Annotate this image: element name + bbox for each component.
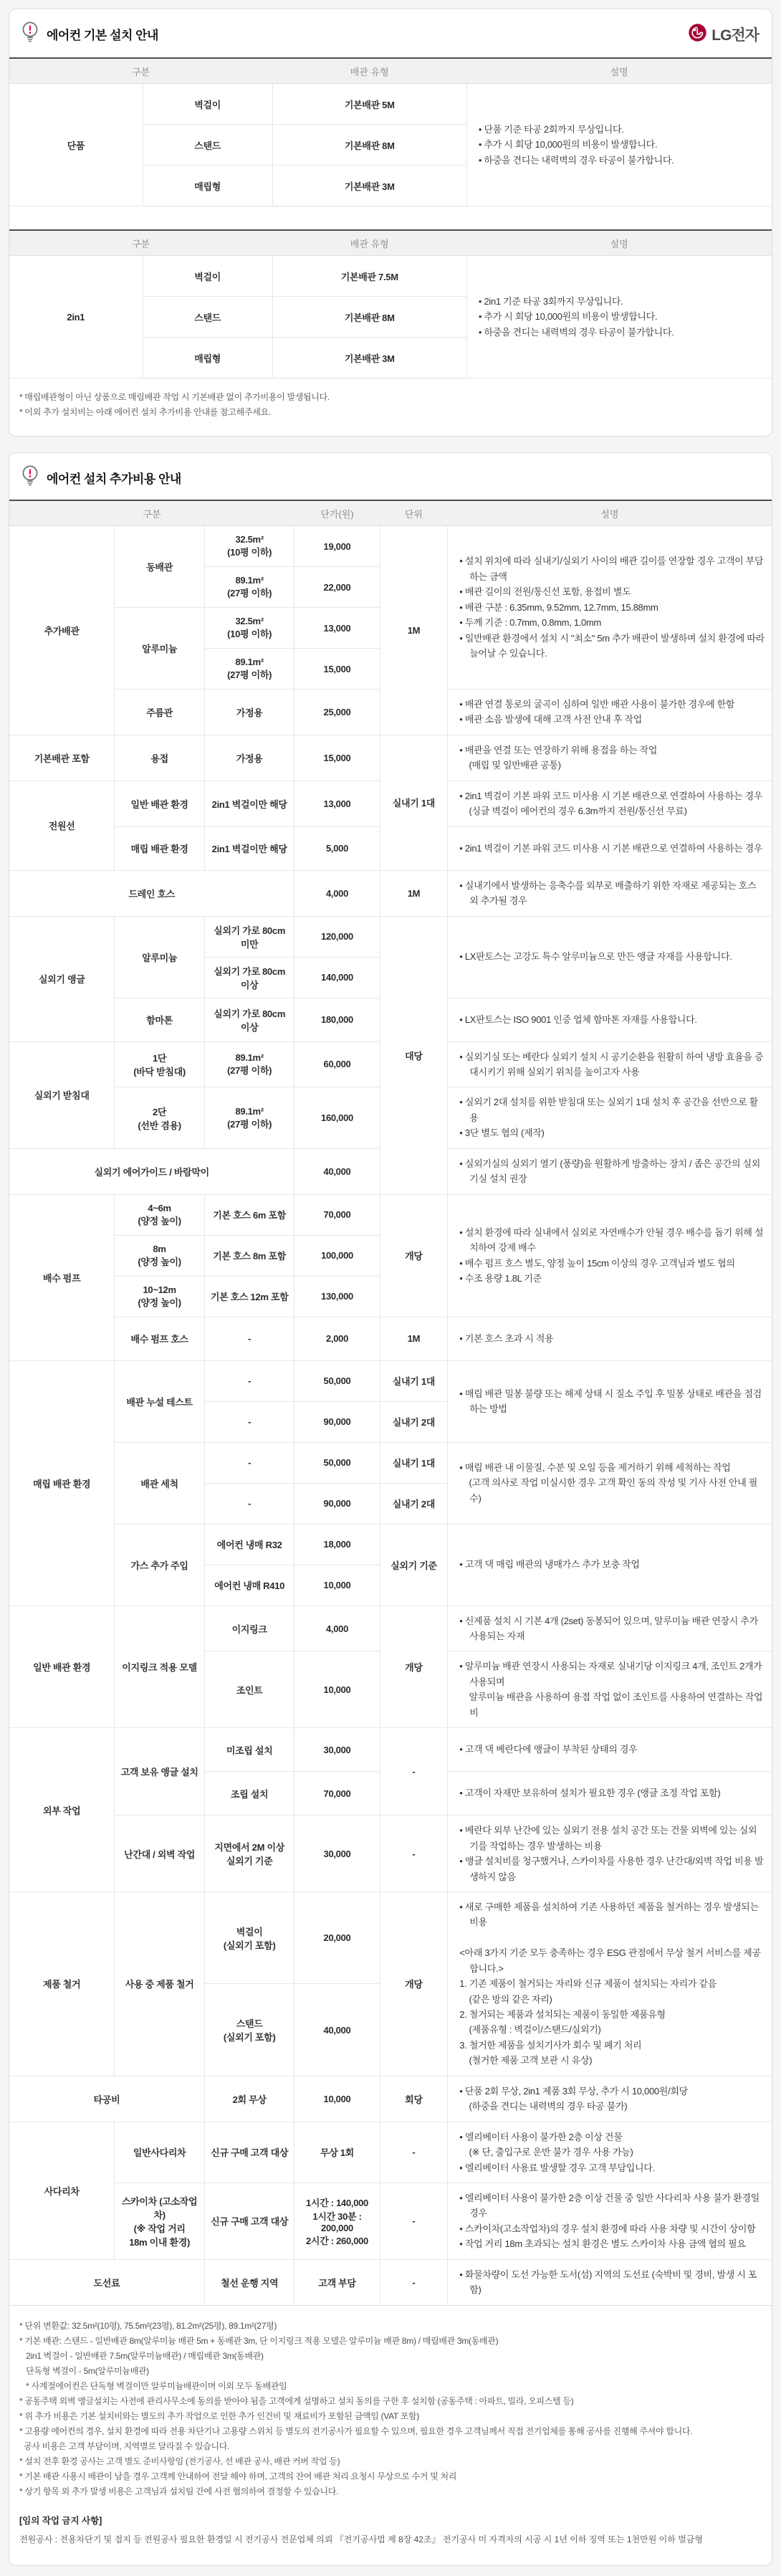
price-cell: 30,000: [294, 1728, 380, 1772]
price-cell: 4,000: [294, 870, 380, 916]
unit-cell: 실내기 1대: [380, 1442, 448, 1483]
label-cell: -: [204, 1360, 294, 1401]
footnote-line: 단독형 벽걸이 - 5m(알루미늄배관): [19, 2364, 762, 2379]
column-header: 구분: [9, 500, 294, 526]
unit-cell: -: [380, 1728, 448, 1816]
price-cell: 140,000: [294, 957, 380, 998]
description-cell: • 실외기실 또는 베란다 실외기 설치 시 공기순환을 원활히 하여 냉방 효…: [448, 1041, 772, 1087]
label-cell: 매립 배관 환경: [115, 826, 205, 870]
label-cell: 일반사다리차: [115, 2122, 205, 2183]
table-row: 2in1벽걸이기본배관 7.5M• 2in1 기준 타공 3회까지 무상입니다.…: [9, 256, 772, 297]
unit-cell: 회당: [380, 2076, 448, 2122]
label-cell: 기본배관 8M: [272, 125, 466, 166]
description-cell: • 알루미늄 배관 연장시 사용되는 자재로 실내기당 이지링크 4개, 조인트…: [448, 1651, 772, 1728]
unit-cell: 실내기 2대: [380, 1483, 448, 1524]
label-cell: 가정용: [204, 735, 294, 781]
label-cell: 사용 중 제품 철거: [115, 1892, 205, 2076]
label-cell: 일반 배관 환경: [9, 1606, 115, 1728]
label-cell: 제품 철거: [9, 1892, 115, 2076]
description-cell: • 고객 댁 매립 배관의 냉매가스 추가 보충 작업: [448, 1524, 772, 1606]
label-cell: 미조립 설치: [204, 1728, 294, 1772]
price-cell: 10,000: [294, 1565, 380, 1606]
price-cell: 25,000: [294, 690, 380, 735]
table-row: 배수 펌프4~6m(양정 높이)기본 호스 6m 포함70,000개당• 설치 …: [9, 1194, 772, 1235]
description-cell: • 실외기실의 실외기 열기 (풍량)을 원활하게 방출하는 장치 / 좁은 공…: [448, 1148, 772, 1194]
footnote-line: * 설치 전후 환경 공사는 고객 별도 준비사항임 (전기공사, 선 배관 공…: [19, 2454, 762, 2469]
footnote-line: * 매립배관형이 아닌 상품으로 매립배관 작업 시 기본배관 없이 추가비용이…: [19, 390, 762, 405]
label-cell: 추가배관: [9, 526, 115, 735]
label-cell: 매립 배관 환경: [9, 1360, 115, 1606]
label-cell: 알루미늄: [115, 608, 205, 690]
description-cell: • LX판토스는 ISO 9001 인증 업체 함마톤 자재를 사용합니다.: [448, 998, 772, 1041]
price-cell: 130,000: [294, 1276, 380, 1317]
label-cell: 기본배관 8M: [272, 297, 466, 338]
label-cell: 스탠드: [143, 297, 272, 338]
price-cell: 1시간 : 140,0001시간 30분 : 200,0002시간 : 260,…: [294, 2183, 380, 2259]
footnote-line: * 기본 배관: 스탠드 - 일반배관 8m(알루미늄 배관 5m + 동배관 …: [19, 2334, 762, 2349]
label-cell: 일반 배관 환경: [115, 781, 205, 826]
table-row: 난간대 / 외벽 작업지면에서 2M 이상실외기 기준30,000-• 베란다 …: [9, 1816, 772, 1892]
description-cell: • 단품 기준 타공 2회까지 무상입니다.• 추가 시 회당 10,000원의…: [466, 84, 772, 206]
label-cell: 함마톤: [115, 998, 205, 1041]
footnote-line: * 고용량 에어컨의 경우, 설치 환경에 따라 전용 차단기나 고용량 스위치…: [19, 2424, 762, 2439]
price-cell: 15,000: [294, 735, 380, 781]
label-cell: 신규 구매 고객 대상: [204, 2122, 294, 2183]
table-row: 실외기 앵글알루미늄실외기 가로 80cm 미만120,000대당• LX판토스…: [9, 916, 772, 957]
price-cell: 90,000: [294, 1401, 380, 1442]
prohibition-title: [임의 작업 금지 사항]: [19, 2514, 762, 2527]
table-row: 배관 세척-50,000실내기 1대• 매립 배관 내 이물질, 수분 및 오일…: [9, 1442, 772, 1483]
table-row: 도선료철선 운행 지역고객 부담-• 화물차량이 도선 가능한 도서(섬) 지역…: [9, 2259, 772, 2305]
price-cell: 50,000: [294, 1442, 380, 1483]
label-cell: 2회 무상: [204, 2076, 294, 2122]
label-cell: 조립 설치: [204, 1772, 294, 1816]
price-cell: 고객 부담: [294, 2259, 380, 2305]
column-header: 구분: [9, 58, 272, 84]
description-cell: • 2in1 벽걸이 기본 파워 코드 미사용 시 기본 배관으로 연결하여 사…: [448, 781, 772, 826]
prohibition-block: [임의 작업 금지 사항] 전원공사 : 전용차단기 및 접지 등 전원공사 필…: [9, 2504, 772, 2565]
label-cell: 벽걸이: [143, 84, 272, 125]
column-header: 단위: [380, 500, 448, 526]
description-cell: • 화물차량이 도선 가능한 도서(섬) 지역의 도선료 (숙박비 및 경비, …: [448, 2259, 772, 2305]
table-row: 기본배관 포함용접가정용15,000실내기 1대• 배관을 연결 또는 연장하기…: [9, 735, 772, 781]
label-cell: 배수 펌프: [9, 1194, 115, 1360]
price-cell: 10,000: [294, 2076, 380, 2122]
unit-cell: 개당: [380, 1606, 448, 1728]
label-cell: 기본 호스 8m 포함: [204, 1235, 294, 1276]
description-cell: • 배관을 연결 또는 연장하기 위해 용접을 하는 작업 (매립 및 일반배관…: [448, 735, 772, 781]
price-cell: 18,000: [294, 1524, 380, 1565]
label-cell: 알루미늄: [115, 916, 205, 998]
price-cell: 10,000: [294, 1651, 380, 1728]
table-row: 매립 배관 환경배관 누설 테스트-50,000실내기 1대• 매립 배관 밀봉…: [9, 1360, 772, 1401]
basic-install-card: 에어컨 기본 설치 안내 LG전자 구분배관 유형설명단품벽걸이기본배관 5M•…: [9, 9, 772, 437]
label-cell: 실외기 받침대: [9, 1041, 115, 1148]
label-cell: 실외기 가로 80cm 이상: [204, 957, 294, 998]
label-cell: 에어컨 냉매 R410: [204, 1565, 294, 1606]
unit-cell: 1M: [380, 1317, 448, 1360]
price-cell: 2,000: [294, 1317, 380, 1360]
label-cell: 8m(양정 높이): [115, 1235, 205, 1276]
label-cell: 89.1m²(27평 이하): [204, 649, 294, 690]
column-header: 배관 유형: [272, 230, 466, 256]
description-cell: • 기본 호스 초과 시 적용: [448, 1317, 772, 1360]
description-cell: • 엘리베이터 사용이 불가한 2층 이상 건물 (※ 단, 출입구로 운반 불…: [448, 2122, 772, 2183]
price-cell: 120,000: [294, 916, 380, 957]
table-row: 추가배관동배관32.5m²(10평 이하)19,0001M• 설치 위치에 따라…: [9, 526, 772, 567]
table-row: 드레인 호스4,0001M• 실내기에서 발생하는 응축수를 외부로 배출하기 …: [9, 870, 772, 916]
label-cell: 이지링크: [204, 1606, 294, 1651]
label-cell: 스탠드: [143, 125, 272, 166]
column-header: 단가(원): [294, 500, 380, 526]
label-cell: 기본 호스 6m 포함: [204, 1194, 294, 1235]
label-cell: 32.5m²(10평 이하): [204, 526, 294, 567]
prohibition-body: 전원공사 : 전용차단기 및 접지 등 전원공사 필요한 환경일 시 전기공사 …: [19, 2532, 762, 2547]
table-row: 일반 배관 환경이지링크 적용 모델이지링크4,000개당• 신제품 설치 시 …: [9, 1606, 772, 1651]
price-cell: 70,000: [294, 1772, 380, 1816]
label-cell: 2in1 벽걸이만 해당: [204, 781, 294, 826]
description-cell: • 설치 환경에 따라 실내에서 실외로 자연배수가 안될 경우 배수를 돕기 …: [448, 1194, 772, 1317]
footnote-line: 공사 비용은 고객 부담이며, 지역별로 달라질 수 있습니다.: [19, 2439, 762, 2454]
footnote-line: * 이외 추가 설치비는 아래 에어컨 설치 추가비용 안내를 참고해주세요.: [19, 405, 762, 420]
label-cell: 벽걸이: [143, 256, 272, 297]
label-cell: 2in1: [9, 256, 143, 378]
label-cell: 스카이차 (고소작업차)(※ 작업 거리18m 이내 환경): [115, 2183, 205, 2259]
price-cell: 19,000: [294, 526, 380, 567]
description-cell: • 베란다 외부 난간에 있는 실외기 전용 설치 공간 또는 건물 외벽에 있…: [448, 1816, 772, 1892]
description-cell: • 2in1 벽걸이 기본 파워 코드 미사용 시 기본 배관으로 연결하여 사…: [448, 826, 772, 870]
label-cell: 배관 세척: [115, 1442, 205, 1524]
label-cell: 사다리차: [9, 2122, 115, 2259]
label-cell: 지면에서 2M 이상실외기 기준: [204, 1816, 294, 1892]
unit-cell: -: [380, 2183, 448, 2259]
label-cell: 가스 추가 주입: [115, 1524, 205, 1606]
label-cell: 이지링크 적용 모델: [115, 1606, 205, 1728]
label-cell: 기본배관 3M: [272, 166, 466, 206]
lightbulb-alert-icon: [21, 464, 39, 491]
label-cell: 스탠드(실외기 포함): [204, 1984, 294, 2076]
column-header: 배관 유형: [272, 58, 466, 84]
label-cell: 가정용: [204, 690, 294, 735]
unit-cell: 실내기 1대: [380, 1360, 448, 1401]
label-cell: 89.1m²(27평 이하): [204, 1087, 294, 1148]
price-cell: 160,000: [294, 1087, 380, 1148]
unit-cell: 실내기 1대: [380, 735, 448, 870]
label-cell: 10~12m(양정 높이): [115, 1276, 205, 1317]
footnote-line: * 사계절에어컨은 단독형 벽걸이만 알루미늄배관이며 이외 모두 동배관임: [19, 2379, 762, 2394]
price-cell: 22,000: [294, 567, 380, 608]
label-cell: 주름관: [115, 690, 205, 735]
unit-cell: -: [380, 2122, 448, 2183]
label-cell: -: [204, 1317, 294, 1360]
price-cell: 50,000: [294, 1360, 380, 1401]
extra-cost-table: 구분단가(원)단위설명추가배관동배관32.5m²(10평 이하)19,0001M…: [9, 500, 772, 2306]
label-cell: 배수 펌프 호스: [115, 1317, 205, 1360]
description-cell: • 2in1 기준 타공 3회까지 무상입니다.• 추가 시 회당 10,000…: [466, 256, 772, 378]
description-cell: • 매립 배관 밀봉 불량 또는 해제 상태 시 질소 주입 후 밀봉 상태로 …: [448, 1360, 772, 1442]
table-row: 사다리차일반사다리차신규 구매 고객 대상무상 1회-• 엘리베이터 사용이 불…: [9, 2122, 772, 2183]
lightbulb-alert-icon: [21, 21, 39, 47]
label-cell: 전원선: [9, 781, 115, 870]
label-cell: 동배관: [115, 526, 205, 608]
description-cell: • 단품 2회 무상, 2in1 제품 3회 무상, 추가 시 10,000원/…: [448, 2076, 772, 2122]
unit-cell: -: [380, 1816, 448, 1892]
table-row: 스카이차 (고소작업차)(※ 작업 거리18m 이내 환경)신규 구매 고객 대…: [9, 2183, 772, 2259]
footnote-line: 2in1 벽걸이 - 일반배관 7.5m(알루미늄배관) / 매립배관 3m(동…: [19, 2349, 762, 2364]
label-cell: 2단(선반 겸용): [115, 1087, 205, 1148]
label-cell: 기본배관 5M: [272, 84, 466, 125]
description-cell: • 엘리베이터 사용이 불가한 2층 이상 건물 중 일반 사다리차 사용 불가…: [448, 2183, 772, 2259]
price-cell: 13,000: [294, 781, 380, 826]
label-cell: 1단(바닥 받침대): [115, 1041, 205, 1087]
label-cell: 고객 보유 앵글 설치: [115, 1728, 205, 1816]
basic-card-header: 에어컨 기본 설치 안내 LG전자: [9, 9, 772, 56]
price-cell: 180,000: [294, 998, 380, 1041]
table-row: 가스 추가 주입에어컨 냉매 R3218,000실외기 기준• 고객 댁 매립 …: [9, 1524, 772, 1565]
unit-cell: 실외기 기준: [380, 1524, 448, 1606]
section-title-extra: 에어컨 설치 추가비용 안내: [47, 469, 181, 487]
unit-cell: 1M: [380, 526, 448, 735]
price-cell: 40,000: [294, 1148, 380, 1194]
label-cell: 용접: [115, 735, 205, 781]
column-header: 구분: [9, 230, 272, 256]
label-cell: 배관 누설 테스트: [115, 1360, 205, 1442]
price-cell: 100,000: [294, 1235, 380, 1276]
price-cell: 4,000: [294, 1606, 380, 1651]
description-cell: • 새로 구매한 제품을 설치하여 기존 사용하던 제품을 철거하는 경우 발생…: [448, 1892, 772, 2076]
unit-cell: 개당: [380, 1194, 448, 1317]
price-cell: 5,000: [294, 826, 380, 870]
price-cell: 30,000: [294, 1816, 380, 1892]
label-cell: 조인트: [204, 1651, 294, 1728]
description-cell: • 고객이 자재만 보유하여 설치가 필요한 경우 (앵글 조정 작업 포함): [448, 1772, 772, 1816]
lg-logo: LG전자: [688, 23, 759, 46]
label-cell: 89.1m²(27평 이하): [204, 567, 294, 608]
price-cell: 15,000: [294, 649, 380, 690]
price-cell: 60,000: [294, 1041, 380, 1087]
label-cell: 에어컨 냉매 R32: [204, 1524, 294, 1565]
description-cell: • LX판토스는 고강도 특수 알루미늄으로 만든 앵글 자재를 사용합니다.: [448, 916, 772, 998]
footnote-line: * 공동주택 외벽 앵글설치는 사전에 관리사무소에 동의를 받아야 됨을 고객…: [19, 2394, 762, 2409]
price-cell: 70,000: [294, 1194, 380, 1235]
label-cell: 난간대 / 외벽 작업: [115, 1816, 205, 1892]
label-cell: 철선 운행 지역: [204, 2259, 294, 2305]
table-row: 타공비2회 무상10,000회당• 단품 2회 무상, 2in1 제품 3회 무…: [9, 2076, 772, 2122]
unit-cell: 실내기 2대: [380, 1401, 448, 1442]
unit-cell: 개당: [380, 1892, 448, 2076]
label-cell: 기본배관 3M: [272, 338, 466, 378]
label-cell: 실외기 가로 80cm 미만: [204, 916, 294, 957]
label-cell: 타공비: [9, 2076, 204, 2122]
footnote-line: * 기본 배관 사용시 배관이 남을 경우 고객께 안내하여 전달 해야 하며,…: [19, 2469, 762, 2484]
label-cell: 단품: [9, 84, 143, 206]
unit-cell: 1M: [380, 870, 448, 916]
label-cell: 매립형: [143, 338, 272, 378]
extra-cost-notes: * 단위 변환값: 32.5m²(10평), 75.5m²(23평), 81.2…: [9, 2306, 772, 2504]
label-cell: 외부 작업: [9, 1728, 115, 1892]
price-cell: 13,000: [294, 608, 380, 649]
description-cell: • 매립 배관 내 이물질, 수분 및 오일 등을 제거하기 위해 세척하는 작…: [448, 1442, 772, 1524]
description-cell: • 신제품 설치 시 기본 4개 (2set) 동봉되어 있으며, 알루미늄 배…: [448, 1606, 772, 1651]
extra-cost-card: 에어컨 설치 추가비용 안내 구분단가(원)단위설명추가배관동배관32.5m²(…: [9, 452, 772, 2566]
price-cell: 무상 1회: [294, 2122, 380, 2183]
brand-name: LG전자: [711, 24, 759, 45]
label-cell: 기본 호스 12m 포함: [204, 1276, 294, 1317]
label-cell: 2in1 벽걸이만 해당: [204, 826, 294, 870]
label-cell: -: [204, 1442, 294, 1483]
footnote-line: * 단위 변환값: 32.5m²(10평), 75.5m²(23평), 81.2…: [19, 2319, 762, 2334]
label-cell: 드레인 호스: [9, 870, 294, 916]
label-cell: 기본배관 포함: [9, 735, 115, 781]
footnote-line: * 위 추가 비용은 기본 설치비와는 별도의 추가 작업으로 인한 추가 인건…: [19, 2409, 762, 2424]
table-row: 외부 작업고객 보유 앵글 설치미조립 설치30,000-• 고객 댁 베란다에…: [9, 1728, 772, 1772]
footnote-line: * 상기 항목 외 추가 발생 비용은 고객님과 설치팀 간에 사전 협의하여 …: [19, 2484, 762, 2499]
basic-install-notes: * 매립배관형이 아닌 상품으로 매립배관 작업 시 기본배관 없이 추가비용이…: [9, 378, 772, 436]
unit-cell: -: [380, 2259, 448, 2305]
price-cell: 40,000: [294, 1984, 380, 2076]
table-row: 단품벽걸이기본배관 5M• 단품 기준 타공 2회까지 무상입니다.• 추가 시…: [9, 84, 772, 125]
label-cell: 신규 구매 고객 대상: [204, 2183, 294, 2259]
section-title-basic: 에어컨 기본 설치 안내: [47, 25, 158, 43]
label-cell: 32.5m²(10평 이하): [204, 608, 294, 649]
description-cell: • 실외기 2대 설치를 위한 받침대 또는 실외기 1대 설치 후 공간을 선…: [448, 1087, 772, 1148]
label-cell: 실외기 에어가이드 / 바람막이: [9, 1148, 294, 1194]
label-cell: 도선료: [9, 2259, 204, 2305]
price-cell: 90,000: [294, 1483, 380, 1524]
label-cell: 4~6m(양정 높이): [115, 1194, 205, 1235]
label-cell: 89.1m²(27평 이하): [204, 1041, 294, 1087]
extra-card-header: 에어컨 설치 추가비용 안내: [9, 453, 772, 500]
table-row: 배수 펌프 호스-2,0001M• 기본 호스 초과 시 적용: [9, 1317, 772, 1360]
description-cell: • 고객 댁 베란다에 앵글이 부착된 상태의 경우: [448, 1728, 772, 1772]
label-cell: 실외기 앵글: [9, 916, 115, 1041]
basic-install-table-2in1: 구분배관 유형설명2in1벽걸이기본배관 7.5M• 2in1 기준 타공 3회…: [9, 229, 772, 378]
lg-symbol-icon: [688, 23, 707, 46]
description-cell: • 실내기에서 발생하는 응축수를 외부로 배출하기 위한 자재로 제공되는 호…: [448, 870, 772, 916]
unit-cell: 대당: [380, 916, 448, 1194]
label-cell: -: [204, 1483, 294, 1524]
table-row: 제품 철거사용 중 제품 철거벽걸이(실외기 포함)20,000개당• 새로 구…: [9, 1892, 772, 1983]
page: 에어컨 기본 설치 안내 LG전자 구분배관 유형설명단품벽걸이기본배관 5M•…: [0, 9, 781, 2566]
description-cell: • 배관 연결 통로의 굴곡이 심하여 일반 배관 사용이 불가한 경우에 한함…: [448, 690, 772, 735]
label-cell: -: [204, 1401, 294, 1442]
column-header: 설명: [466, 58, 772, 84]
description-cell: • 설치 위치에 따라 실내기/실외기 사이의 배관 길이를 연장할 경우 고객…: [448, 526, 772, 690]
column-header: 설명: [448, 500, 772, 526]
label-cell: 기본배관 7.5M: [272, 256, 466, 297]
label-cell: 실외기 가로 80cm 이상: [204, 998, 294, 1041]
basic-install-table-single: 구분배관 유형설명단품벽걸이기본배관 5M• 단품 기준 타공 2회까지 무상입…: [9, 57, 772, 206]
price-cell: 20,000: [294, 1892, 380, 1983]
label-cell: 벽걸이(실외기 포함): [204, 1892, 294, 1983]
label-cell: 매립형: [143, 166, 272, 206]
column-header: 설명: [466, 230, 772, 256]
